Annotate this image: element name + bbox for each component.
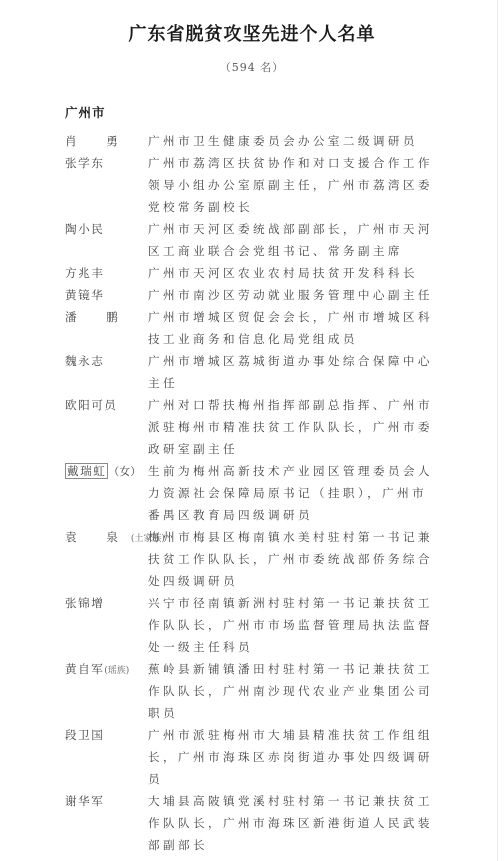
list-item: 黄自军(瑶族) 蕉岭县新铺镇潘田村驻村第一书记兼扶贫工作队队长，广州南沙现代农业… — [0, 658, 504, 724]
list-item: 欧阳可员 广州对口帮扶梅州指挥部副总指挥、广州市派驻梅州市精准扶贫工作队队长，广… — [0, 394, 504, 460]
person-position: 广州市派驻梅州市大埔县精准扶贫工作组组长，广州市海珠区赤岗街道办事处四级调研员 — [148, 724, 433, 790]
person-position: 广州市荔湾区扶贫协作和对口支援合作工作领导小组办公室原副主任，广州市荔湾区委党校… — [148, 152, 433, 218]
person-name: 方兆丰 — [65, 262, 148, 284]
person-position: 广州市增城区荔城街道办事处综合保障中心主任 — [148, 350, 433, 394]
list-item: 方兆丰 广州市天河区农业农村局扶贫开发科科长 — [0, 262, 504, 284]
person-position: 广州市天河区农业农村局扶贫开发科科长 — [148, 262, 433, 284]
person-name: 黄镜华 — [65, 284, 148, 306]
ethnicity-note: (土家族) — [131, 534, 165, 544]
person-name: 潘 鹏 — [65, 306, 148, 328]
list-item: 潘 鹏 广州市增城区贸促会会长，广州市增城区科技工业商务和信息化局党组成员 — [0, 306, 504, 350]
list-item: 戴瑞虹（女） 生前为梅州高新技术产业园区管理委员会人力资源社会保障局原书记（挂职… — [0, 460, 504, 526]
person-position: 蕉岭县新铺镇潘田村驻村第一书记兼扶贫工作队队长，广州南沙现代农业产业集团公司职员 — [148, 658, 433, 724]
person-position: 广州对口帮扶梅州指挥部副总指挥、广州市派驻梅州市精准扶贫工作队队长，广州市委政研… — [148, 394, 433, 460]
list-item: 张锦增 兴宁市径南镇新洲村驻村第一书记兼扶贫工作队队长，广州市市场监督管理局执法… — [0, 592, 504, 658]
document-subtitle-count: （594 名） — [0, 59, 504, 75]
honoree-list: 肖 勇 广州市卫生健康委员会办公室二级调研员 张学东 广州市荔湾区扶贫协作和对口… — [0, 130, 504, 856]
list-item: 黄镜华 广州市南沙区劳动就业服务管理中心副主任 — [0, 284, 504, 306]
person-position: 大埔县高陂镇党溪村驻村第一书记兼扶贫工作队队长，广州市海珠区新港街道人民武装部副… — [148, 790, 433, 856]
person-position: 梅州市梅县区梅南镇水美村驻村第一书记兼扶贫工作队队长，广州市委统战部侨务综合处四… — [148, 526, 433, 592]
person-position: 广州市卫生健康委员会办公室二级调研员 — [148, 130, 433, 152]
person-name: 袁 泉 — [65, 530, 131, 544]
person-name-group: 袁 泉(土家族) — [65, 526, 148, 550]
person-name: 魏永志 — [65, 350, 148, 372]
person-position: 广州市增城区贸促会会长，广州市增城区科技工业商务和信息化局党组成员 — [148, 306, 433, 350]
person-name-group: 戴瑞虹（女） — [65, 460, 148, 483]
gender-note: （女） — [108, 465, 141, 478]
person-position: 广州市天河区委统战部副部长，广州市天河区工商业联合会党组书记、常务副主席 — [148, 218, 433, 262]
section-heading-guangzhou: 广州市 — [65, 103, 106, 121]
person-name: 段卫国 — [65, 724, 148, 746]
person-name: 张锦增 — [65, 592, 148, 614]
person-name: 肖 勇 — [65, 130, 148, 152]
list-item: 谢华军 大埔县高陂镇党溪村驻村第一书记兼扶贫工作队队长，广州市海珠区新港街道人民… — [0, 790, 504, 856]
person-name-group: 黄自军(瑶族) — [65, 658, 148, 682]
person-name: 欧阳可员 — [65, 394, 148, 416]
list-item: 袁 泉(土家族) 梅州市梅县区梅南镇水美村驻村第一书记兼扶贫工作队队长，广州市委… — [0, 526, 504, 592]
person-name: 谢华军 — [65, 790, 148, 812]
list-item: 魏永志 广州市增城区荔城街道办事处综合保障中心主任 — [0, 350, 504, 394]
ethnicity-note: (瑶族) — [104, 666, 129, 676]
document-title: 广东省脱贫攻坚先进个人名单 — [0, 20, 504, 46]
list-item: 段卫国 广州市派驻梅州市大埔县精准扶贫工作组组长，广州市海珠区赤岗街道办事处四级… — [0, 724, 504, 790]
person-position: 广州市南沙区劳动就业服务管理中心副主任 — [148, 284, 433, 306]
list-item: 肖 勇 广州市卫生健康委员会办公室二级调研员 — [0, 130, 504, 152]
person-name-boxed: 戴瑞虹 — [65, 463, 108, 479]
person-position: 兴宁市径南镇新洲村驻村第一书记兼扶贫工作队队长，广州市市场监督管理局执法监督处一… — [148, 592, 433, 658]
list-item: 陶小民 广州市天河区委统战部副部长，广州市天河区工商业联合会党组书记、常务副主席 — [0, 218, 504, 262]
person-name: 陶小民 — [65, 218, 148, 240]
person-name: 黄自军 — [65, 662, 104, 676]
list-item: 张学东 广州市荔湾区扶贫协作和对口支援合作工作领导小组办公室原副主任，广州市荔湾… — [0, 152, 504, 218]
person-position: 生前为梅州高新技术产业园区管理委员会人力资源社会保障局原书记（挂职），广州市番禺… — [148, 460, 433, 526]
person-name: 张学东 — [65, 152, 148, 174]
